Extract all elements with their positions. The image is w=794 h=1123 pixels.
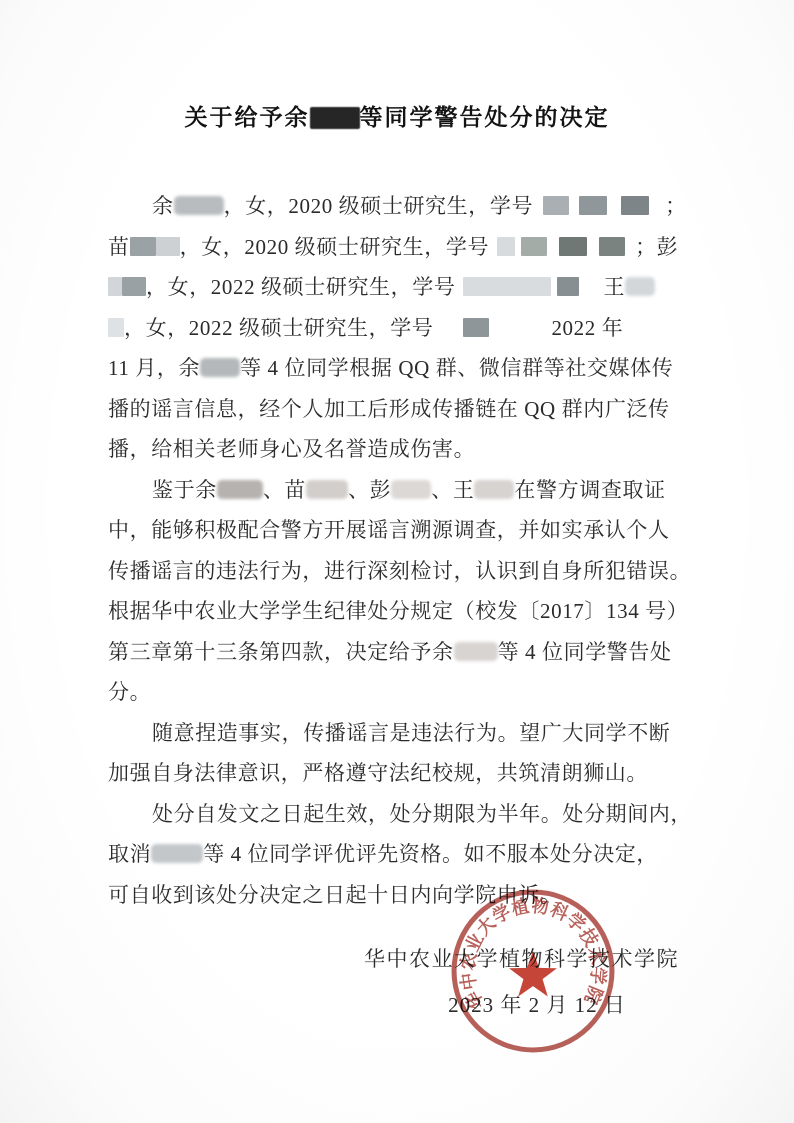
redacted-text: [463, 277, 551, 296]
text-line: 播的谣言信息，经个人加工后形成传播链在 QQ 群内广泛传: [108, 389, 686, 430]
text-line: 余，女，2020 级硕士研究生，学号；: [108, 186, 686, 227]
text-line: 分。: [108, 672, 686, 713]
text-segment: ，女，2022 级硕士研究生，学号: [124, 316, 433, 340]
text-segment: 王: [603, 275, 625, 299]
text-line: 鉴于余、苗、彭、王在警方调查取证: [108, 470, 686, 511]
redacted-text: [151, 844, 203, 863]
text-segment: 苗: [108, 235, 130, 259]
text-segment: 鉴于余: [152, 478, 217, 502]
spacer: [547, 253, 559, 254]
redacted-text: [543, 196, 569, 215]
text-segment: 2022 年: [551, 316, 623, 340]
spacer: [625, 253, 635, 254]
spacer: [587, 253, 599, 254]
redacted-text: [174, 196, 224, 215]
text-segment: ；: [665, 194, 687, 218]
redacted-text: [559, 237, 587, 256]
text-segment: 中，能够积极配合警方开展谣言溯源调查，并如实承认个人: [108, 518, 670, 542]
text-segment: 加强自身法律意识，严格遵守法纪校规，共筑清朗狮山。: [108, 761, 648, 785]
title-text-pre: 关于给予余: [185, 105, 310, 130]
star-icon: [509, 951, 557, 997]
text-segment: 随意捏造事实，传播谣言是违法行为。望广大同学不断: [152, 721, 670, 745]
document-title: 关于给予余等同学警告处分的决定: [0, 99, 794, 132]
text-segment: 根据华中农业大学学生纪律处分规定（校发〔2017〕134 号）: [108, 599, 688, 623]
redacted-text: [217, 480, 263, 499]
redacted-text: [474, 480, 514, 499]
spacer: [533, 212, 543, 213]
text-segment: 在警方调查取证: [514, 478, 665, 502]
text-line: 播，给相关老师身心及名誉造成伤害。: [108, 429, 686, 470]
text-segment: ，女，2022 级硕士研究生，学号: [146, 275, 455, 299]
spacer: [569, 212, 579, 213]
spacer: [607, 212, 621, 213]
document-body: 余，女，2020 级硕士研究生，学号；苗，女，2020 级硕士研究生，学号；彭，…: [108, 186, 686, 915]
spacer: [579, 293, 603, 294]
redacted-text: [122, 277, 146, 296]
redacted-text: [621, 196, 649, 215]
text-segment: 等 4 位同学评优评先资格。如不服本处分决定，: [203, 842, 658, 866]
text-line: 根据华中农业大学学生纪律处分规定（校发〔2017〕134 号）: [108, 591, 686, 632]
text-line: ，女，2022 级硕士研究生，学号王: [108, 267, 686, 308]
text-segment: 播的谣言信息，经个人加工后形成传播链在 QQ 群内广泛传: [108, 397, 670, 421]
text-line: 苗，女，2020 级硕士研究生，学号；彭: [108, 227, 686, 268]
redacted-text: [108, 318, 124, 337]
text-segment: 等 4 位同学警告处: [498, 640, 672, 664]
redacted-text: [454, 642, 498, 661]
text-segment: 分。: [108, 680, 151, 704]
text-line: ，女，2022 级硕士研究生，学号2022 年: [108, 308, 686, 349]
text-segment: 余: [152, 194, 174, 218]
spacer: [455, 293, 463, 294]
text-line: 传播谣言的违法行为，进行深刻检讨，认识到自身所犯错误。: [108, 551, 686, 592]
redacted-text: [130, 237, 156, 256]
redacted-text: [625, 277, 655, 296]
text-line: 11 月，余等 4 位同学根据 QQ 群、微信群等社交媒体传: [108, 348, 686, 389]
text-segment: 传播谣言的违法行为，进行深刻检讨，认识到自身所犯错误。: [108, 559, 691, 583]
spacer: [489, 253, 497, 254]
redacted-text: [391, 480, 431, 499]
text-segment: 第三章第十三条第四款，决定给予余: [108, 640, 454, 664]
redacted-text: [579, 196, 607, 215]
text-segment: 处分自发文之日起生效，处分期限为半年。处分期间内，: [152, 802, 692, 826]
redacted-text: [521, 237, 547, 256]
redacted-text: [156, 237, 180, 256]
text-line: 随意捏造事实，传播谣言是违法行为。望广大同学不断: [108, 713, 686, 754]
text-segment: ；彭: [635, 235, 678, 259]
redacted-name-block: [310, 107, 360, 129]
redacted-text: [497, 237, 515, 256]
redacted-text: [557, 277, 579, 296]
text-segment: 等 4 位同学根据 QQ 群、微信群等社交媒体传: [240, 356, 673, 380]
text-line: 第三章第十三条第四款，决定给予余等 4 位同学警告处: [108, 632, 686, 673]
spacer: [649, 212, 665, 213]
text-segment: 播，给相关老师身心及名誉造成伤害。: [108, 437, 475, 461]
document-page: 关于给予余等同学警告处分的决定 余，女，2020 级硕士研究生，学号；苗，女，2…: [0, 0, 794, 1123]
text-segment: 11 月，余: [108, 356, 200, 380]
title-text-post: 等同学警告处分的决定: [360, 105, 610, 130]
text-segment: 、苗: [263, 478, 306, 502]
text-line: 加强自身法律意识，严格遵守法纪校规，共筑清朗狮山。: [108, 753, 686, 794]
official-seal: 华中农业大学植物科学技术学院: [449, 887, 617, 1055]
redacted-text: [108, 277, 122, 296]
redacted-text: [463, 318, 489, 337]
text-segment: 、彭: [348, 478, 391, 502]
text-line: 取消等 4 位同学评优评先资格。如不服本处分决定，: [108, 834, 686, 875]
redacted-text: [200, 358, 240, 377]
spacer: [433, 334, 463, 335]
redacted-text: [599, 237, 625, 256]
text-segment: 、王: [431, 478, 474, 502]
text-segment: 取消: [108, 842, 151, 866]
text-segment: ，女，2020 级硕士研究生，学号: [180, 235, 489, 259]
text-line: 处分自发文之日起生效，处分期限为半年。处分期间内，: [108, 794, 686, 835]
redacted-text: [306, 480, 348, 499]
text-line: 中，能够积极配合警方开展谣言溯源调查，并如实承认个人: [108, 510, 686, 551]
text-segment: ，女，2020 级硕士研究生，学号: [224, 194, 533, 218]
spacer: [489, 334, 551, 335]
